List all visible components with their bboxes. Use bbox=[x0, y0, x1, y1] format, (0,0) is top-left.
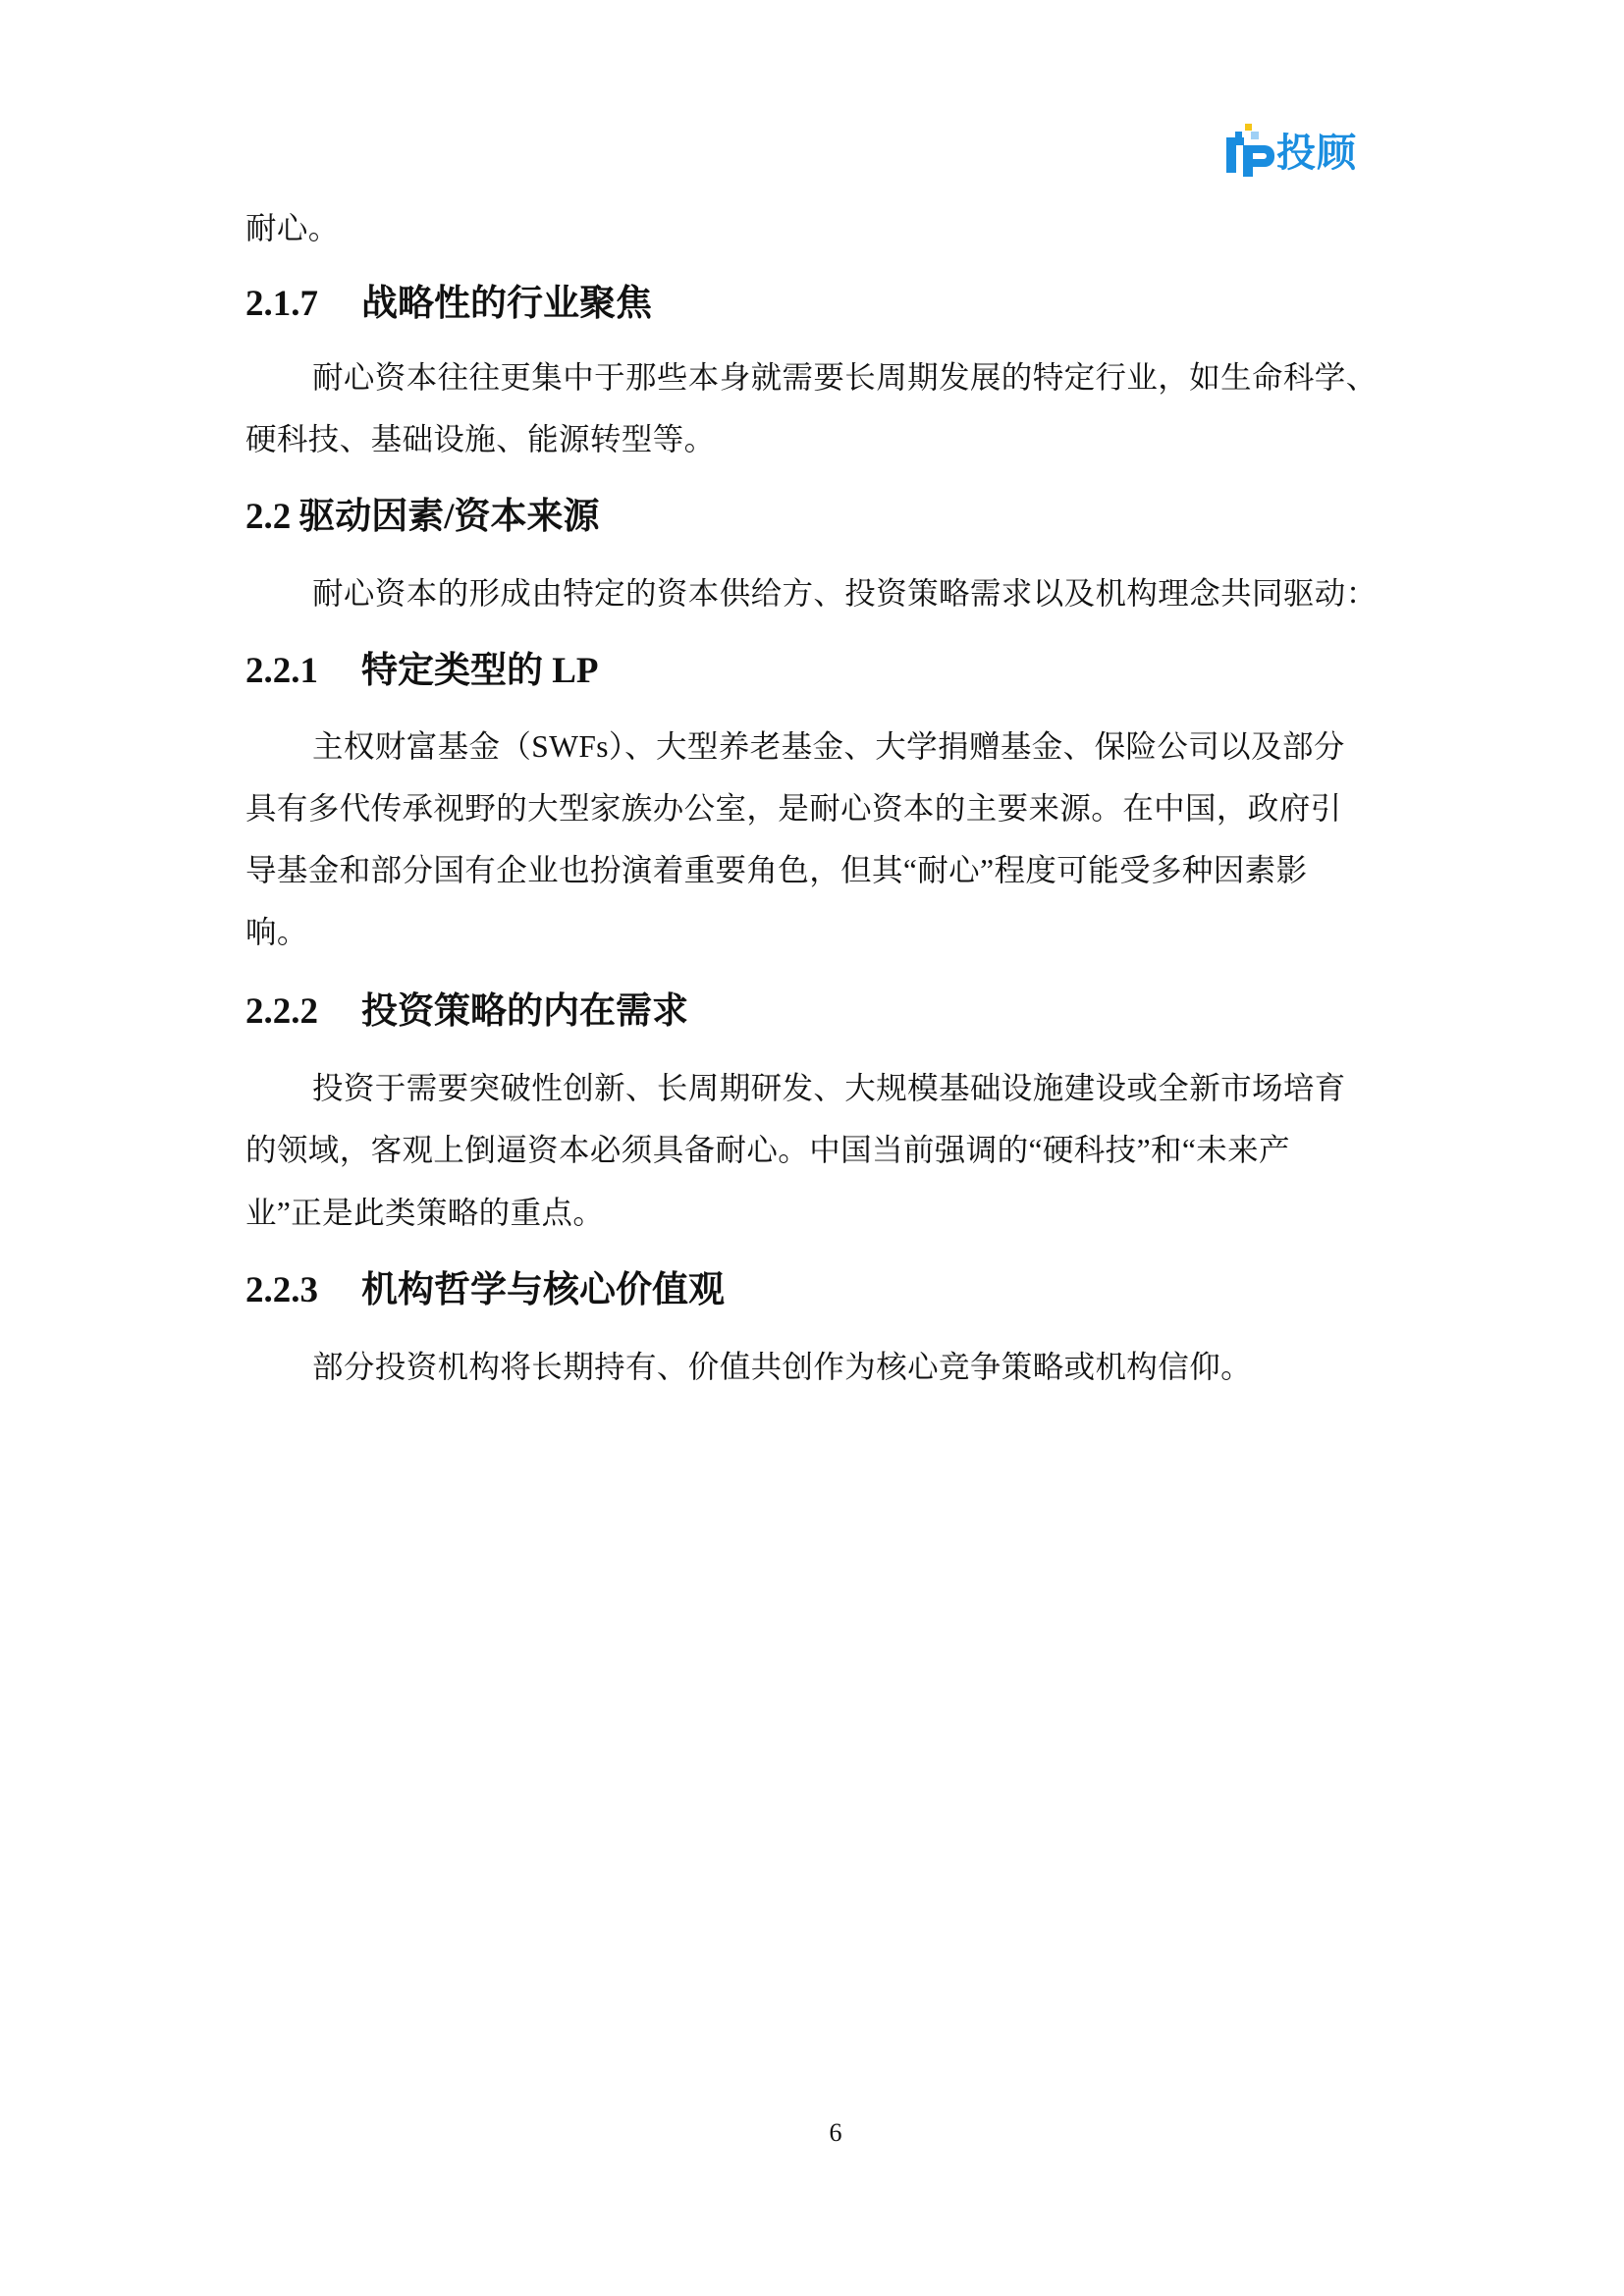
section-heading-2-1-7: 2.1.7战略性的行业聚焦 bbox=[245, 283, 652, 326]
section-title: 机构哲学与核心价值观 bbox=[361, 1270, 725, 1310]
section-heading-2-2-3: 2.2.3机构哲学与核心价值观 bbox=[245, 1269, 725, 1312]
section-number: 2.2.2 bbox=[245, 990, 361, 1034]
paragraph-line: 业”正是此类策略的重点。 bbox=[245, 1194, 604, 1233]
section-number: 2.2.3 bbox=[245, 1269, 361, 1312]
paragraph-line: 耐心资本往往更集中于那些本身就需要长周期发展的特定行业，如生命科学、 bbox=[312, 358, 1378, 398]
carryover-text: 耐心。 bbox=[245, 209, 340, 248]
paragraph-line: 导基金和部分国有企业也扮演着重要角色，但其“耐心”程度可能受多种因素影 bbox=[245, 851, 1307, 890]
paragraph-line: 部分投资机构将长期持有、价值共创作为核心竞争策略或机构信仰。 bbox=[312, 1348, 1252, 1387]
section-number: 2.1.7 bbox=[245, 283, 361, 326]
paragraph-line: 具有多代传承视野的大型家族办公室，是耐心资本的主要来源。在中国，政府引 bbox=[245, 789, 1342, 828]
section-title: 战略性的行业聚焦 bbox=[361, 284, 652, 324]
section-number: 2.2.1 bbox=[245, 650, 361, 693]
document-page: 投顾 耐心。 2.1.7战略性的行业聚焦 耐心资本往往更集中于那些本身就需要长周… bbox=[0, 0, 1624, 2296]
ip-logo-icon bbox=[1221, 124, 1278, 179]
section-title: 投资策略的内在需求 bbox=[361, 991, 688, 1032]
brand-name: 投顾 bbox=[1276, 130, 1357, 177]
paragraph-line: 响。 bbox=[245, 913, 308, 952]
paragraph-line: 耐心资本的形成由特定的资本供给方、投资策略需求以及机构理念共同驱动： bbox=[312, 574, 1378, 614]
paragraph-line: 主权财富基金（SWFs）、大型养老基金、大学捐赠基金、保险公司以及部分 bbox=[312, 727, 1345, 767]
page-number: 6 bbox=[823, 2117, 848, 2149]
section-heading-2-2-1: 2.2.1特定类型的 LP bbox=[245, 650, 599, 693]
section-title: 驱动因素/资本来源 bbox=[298, 497, 599, 537]
section-title: 特定类型的 LP bbox=[361, 651, 599, 691]
paragraph-line: 硬科技、基础设施、能源转型等。 bbox=[245, 420, 716, 459]
section-heading-2-2: 2.2驱动因素/资本来源 bbox=[245, 496, 600, 539]
paragraph-line: 的领域，客观上倒逼资本必须具备耐心。中国当前强调的“硬科技”和“未来产 bbox=[245, 1131, 1290, 1170]
section-heading-2-2-2: 2.2.2投资策略的内在需求 bbox=[245, 990, 688, 1034]
brand-logo: 投顾 bbox=[1218, 120, 1375, 181]
paragraph-line: 投资于需要突破性创新、长周期研发、大规模基础设施建设或全新市场培育 bbox=[312, 1069, 1346, 1108]
section-number: 2.2 bbox=[245, 496, 291, 539]
